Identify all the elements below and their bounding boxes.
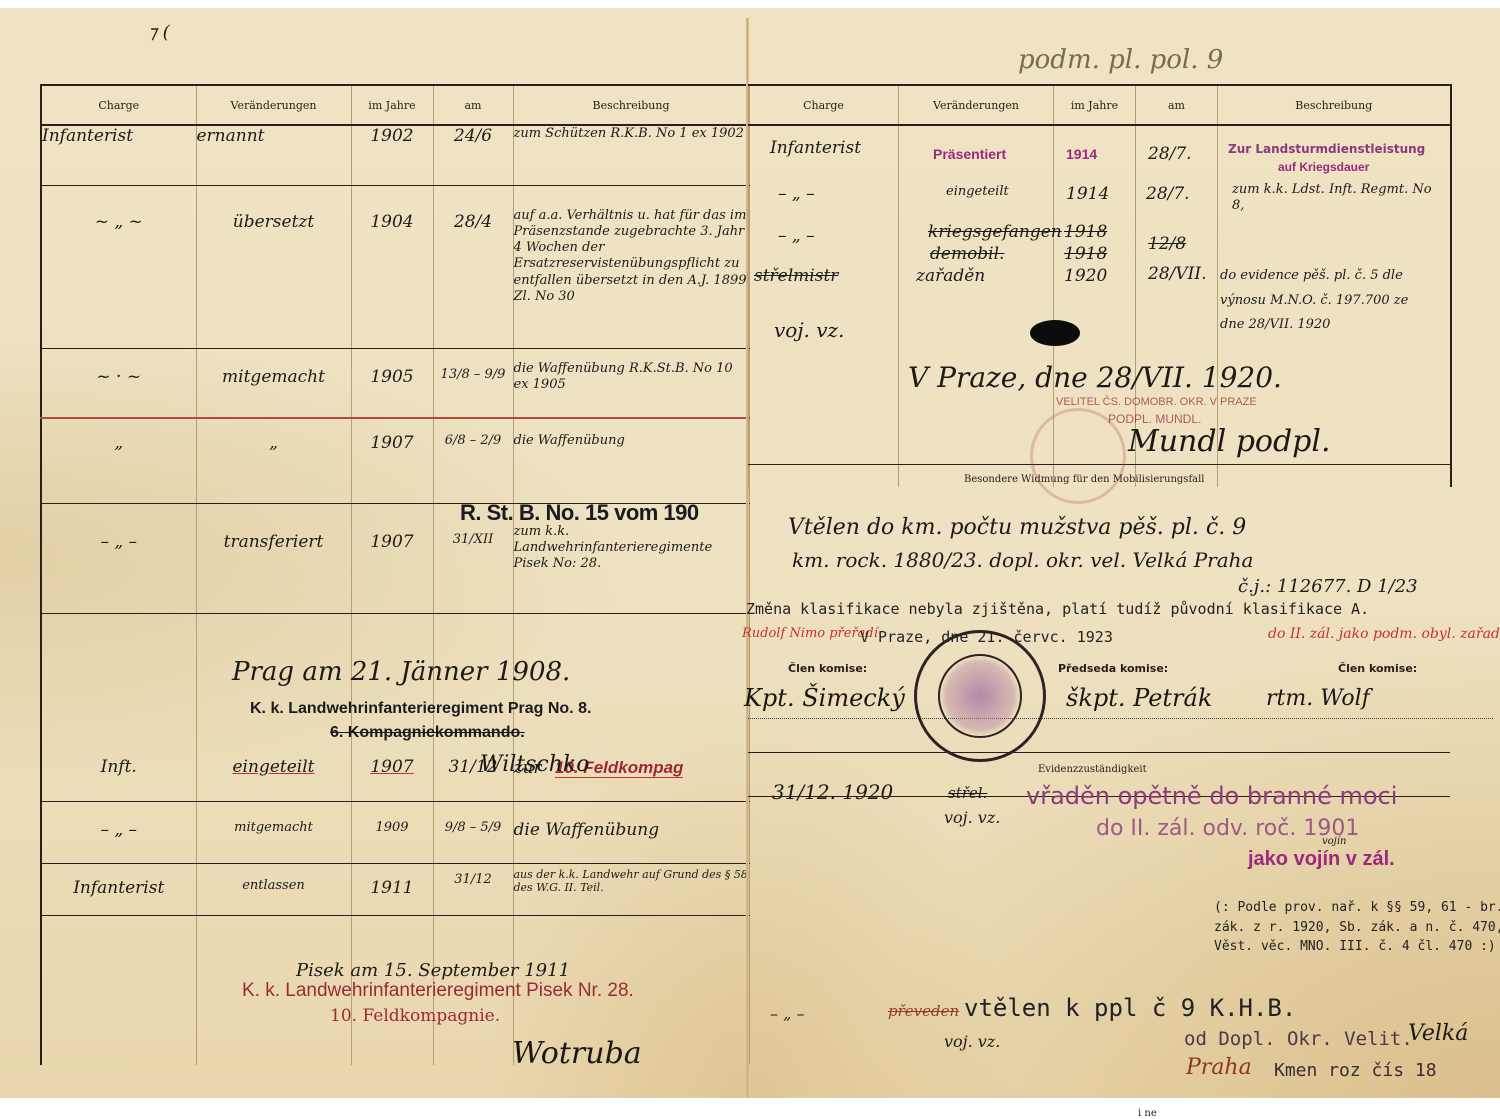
cell-charge: ~ · ~ [41,348,196,418]
transfer-prefix: – „ – [770,1004,804,1024]
commander-stamp-line1: VELITEL ČS. DOMOBR. OKR. V PRAZE [1056,396,1257,408]
commission-chair-signature: škpt. Petrák [1066,684,1212,712]
landsturm-stamp-line2: auf Kriegsdauer [1278,160,1369,174]
r-row5-year: 1920 [1064,266,1107,287]
evidence-entry-struck: střel. [948,784,987,803]
cell-charge: – „ – [41,503,196,613]
cell-charge: – „ – [41,801,196,863]
cell-change: mitgemacht [196,801,351,863]
cell-change: „ [196,418,351,503]
signature-1920: Mundl podpl. [1128,424,1331,459]
table-row: „ „ 1907 6/8 – 2/9 die Waffenübung [41,418,749,503]
r-row3-year: 1918 [1064,222,1107,243]
regiment-stamp-prag: K. k. Landwehrinfanterieregiment Prag No… [250,700,591,718]
classification-typed-line: Změna klasifikace nebyla zjištěna, platí… [746,600,1369,618]
cell-change: eingeteilt [196,743,351,801]
transfer-note: voj. vz. [944,1032,1000,1052]
reinstatement-insert: vojín [1322,836,1346,849]
table-row: ~ · ~ mitgemacht 1905 13/8 – 9/9 die Waf… [41,348,749,418]
cell-date: 9/8 – 5/9 [433,801,513,863]
mobilization-line2: km. rock. 1880/23. dopl. okr. vel. Velká… [792,548,1253,573]
cell-desc: die Waffenübung R.K.St.B. No 10 ex 1905 [513,348,749,418]
cell-desc: die Waffenübung [513,418,749,503]
col-header-charge: Charge [749,85,899,125]
company-stamp-pisek: 10. Feldkompagnie. [330,1006,500,1026]
cell-year: 1904 [351,185,433,348]
col-header-description: Beschreibung [1218,85,1451,125]
cell-charge: Inft. [41,743,196,801]
signature-dotted-line [748,718,1493,720]
r-row1-charge: Infanterist [770,138,861,159]
col-header-changes: Veränderungen [899,85,1054,125]
transfer-from-handwritten: Velká [1408,1020,1468,1048]
mobilization-ref: č.j.: 112677. D 1/23 [1238,576,1418,599]
cell-year: 1907 [351,503,433,613]
cell-change: entlassen [196,863,351,915]
left-page: ⁊ ( Charge Veränderungen im Jahre am Bes… [0,8,748,1098]
signature-1908: Wiltschko [480,752,590,777]
commission-member2-signature: rtm. Wolf [1266,686,1370,711]
divider [748,752,1450,753]
reinstatement-stamp-line2: do II. zál. odv. roč. 1901 [1096,816,1359,841]
bottom-fragment: i ne [1138,1108,1157,1119]
cell-desc: die Waffenübung [513,801,749,863]
r-row1-change-stamp: Präsentiert [933,146,1006,162]
r-row2-date: 28/7. [1146,184,1190,205]
commission-member-signature: Kpt. Šimecký [744,684,905,712]
cell-change: übersetzt [196,185,351,348]
col-header-year: im Jahre [351,85,433,125]
cell-change: ernannt [196,125,351,185]
table-row: Infanterist entlassen 1911 31/12 aus der… [41,863,749,915]
cell-date: 28/4 [433,185,513,348]
red-note-left: Rudolf Nimo přeřadí [742,626,878,642]
legal-note: (: Podle prov. nař. k §§ 59, 61 - br. zá… [1214,898,1500,957]
cell-desc: zum Schützen R.K.B. No 1 ex 1902 [513,125,749,185]
r-row5-change: zařaděn [916,266,985,287]
corner-mark: ⁊ ( [148,22,170,45]
cell-date: 24/6 [433,125,513,185]
evidence-section-title: Evidenzzuständigkeit [1038,764,1147,775]
reinstatement-stamp-line1: vřaděn opětně do branné moci [1026,782,1397,810]
cell-desc: auf a.a. Verhältnis u. hat für das im Pr… [513,185,749,348]
signoff-place-date-1920: V Praze, dne 28/VII. 1920. [908,360,1282,395]
r-row2-charge: – „ – [778,184,815,205]
cell-year: 1911 [351,863,433,915]
document-sheet: ⁊ ( Charge Veränderungen im Jahre am Bes… [0,8,1500,1098]
cell-date: 6/8 – 2/9 [433,418,513,503]
cell-year: 1909 [351,801,433,863]
col-header-year: im Jahre [1054,85,1136,125]
cell-year: 1907 [351,418,433,503]
col-header-description: Beschreibung [513,85,749,125]
table-row: ~ „ ~ übersetzt 1904 28/4 auf a.a. Verhä… [41,185,749,348]
commission-member2-label: Člen komise: [1338,662,1417,675]
col-header-date: am [433,85,513,125]
table-row: – „ – mitgemacht 1909 9/8 – 5/9 die Waff… [41,801,749,863]
cell-charge: Infanterist [41,125,196,185]
signoff-place-date-1908: Prag am 21. Jänner 1908. [232,656,570,689]
r-row2-year: 1914 [1066,184,1109,205]
signature-1911: Wotruba [512,1036,642,1071]
left-register-table: Charge Veränderungen im Jahre am Beschre… [40,84,750,1065]
company-stamp-prag: 6. Kompagniekommando. [330,724,525,742]
r-row2-desc: zum k.k. Ldst. Inft. Regmt. No 8, [1232,182,1432,215]
top-pencil-note: podm. pl. pol. 9 [1018,44,1223,77]
r-row3-date: 12/8 [1148,234,1186,255]
lion-emblem-icon [938,654,1022,738]
table-row: Inft. eingeteilt 1907 31/12 zur 10. Feld… [41,743,749,801]
ink-blot [1030,320,1080,346]
r-row4-change: demobil. [930,244,1004,265]
cell-year: 1905 [351,348,433,418]
evidence-entry-note: voj. vz. [944,808,1000,828]
transfer-city: Praha [1186,1054,1252,1082]
cell-change: mitgemacht [196,348,351,418]
regiment-stamp-pisek: K. k. Landwehrinfanterieregiment Pisek N… [242,980,634,1002]
cell-charge: „ [41,418,196,503]
cell-desc: aus der k.k. Landwehr auf Grund des § 58… [513,863,749,915]
r-row5-desc: do evidence pěš. pl. č. 5 dle výnosu M.N… [1220,264,1435,338]
rstb-stamp: R. St. B. No. 15 vom 190 [460,500,699,526]
transfer-rest: Kmen roz čís 18 [1274,1060,1437,1081]
faint-round-seal [1030,408,1126,504]
cell-change: transferiert [196,503,351,613]
col-header-date: am [1136,85,1218,125]
red-note-right: do II. zál. jako podm. obyl. zařaděn [1268,626,1500,644]
r-row3-charge: – „ – [778,226,815,247]
cell-date: 31/12 [433,863,513,915]
reinstatement-stamp-line3: jako vojín v zál. [1248,848,1395,871]
r-row1-year-stamp: 1914 [1066,146,1097,162]
transfer-struck: převeden [888,1002,959,1021]
cell-charge: ~ „ ~ [41,185,196,348]
cell-date: 13/8 – 9/9 [433,348,513,418]
col-header-changes: Veränderungen [196,85,351,125]
transfer-line: vtělen k ppl č 9 K.H.B. [964,994,1296,1022]
r-row4-year: 1918 [1064,244,1107,265]
cell-year: 1907 [351,743,433,801]
commission-chair-label: Předseda komise: [1058,662,1168,675]
r-row5-date: 28/VII. [1148,264,1206,285]
commission-member-label: Člen komise: [788,662,867,675]
r-row5-charge: střelmistr [754,266,838,287]
cell-charge: Infanterist [41,863,196,915]
r-row6-charge: voj. vz. [774,318,844,343]
r-row2-change: eingeteilt [946,184,1009,200]
evidence-entry-date: 31/12. 1920 [772,780,893,805]
cell-year: 1902 [351,125,433,185]
r-row1-date: 28/7. [1148,144,1192,165]
mobilization-section-title: Besondere Widmung für den Mobilisierungs… [964,474,1205,485]
col-header-charge: Charge [41,85,196,125]
r-row3-change: kriegsgefangen [928,222,1062,243]
landsturm-stamp-line1: Zur Landsturmdienstleistung [1228,142,1425,156]
transfer-from: od Dopl. Okr. Velit. [1184,1028,1413,1050]
right-page: podm. pl. pol. 9 Charge Veränderungen im… [748,8,1500,1098]
mobilization-line1: Vtělen do km. počtu mužstva pěš. pl. č. … [788,514,1246,542]
table-row: Infanterist ernannt 1902 24/6 zum Schütz… [41,125,749,185]
